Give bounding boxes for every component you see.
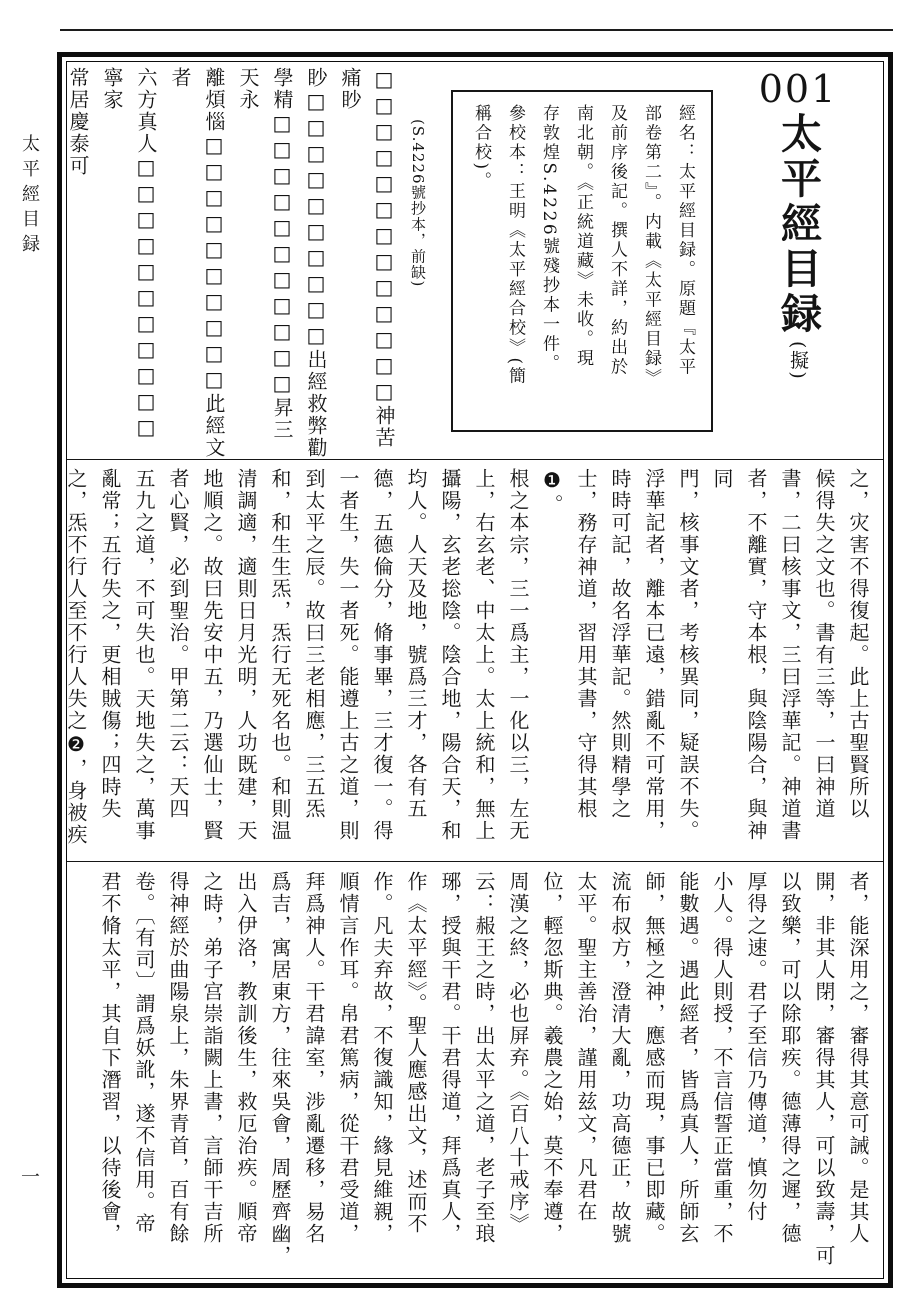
text-column: 根之本宗，三一爲主，一化以三，左无	[501, 468, 535, 859]
text-column: 能數遇。遇此經者，皆爲真人，所師玄	[671, 871, 705, 1276]
text-column: 到太平之辰。故曰三老相應，三五炁	[297, 468, 331, 859]
text-column: 常居慶泰可□□□□□□□□□□□其	[67, 67, 95, 459]
text-column: 之，炁不行人至不行人失之❷，身被疾	[67, 468, 93, 859]
text-column: 周漢之終，必也屏弃。《百八十戒序》	[501, 871, 535, 1276]
text-column: 德，五德倫分，脩事畢，三才復一。得	[365, 468, 399, 859]
page-frame: 001 太平經目録 (擬) 經名：太平經目録。原題『太平部卷第二』。内載《太平經…	[57, 52, 893, 1288]
text-column: 順情言作耳。帛君篤病，從干君受道，	[331, 871, 365, 1276]
text-column: 參校本：王明《太平經合校》(簡	[498, 104, 532, 418]
text-column: 開，非其人閉，審得其人，可以致壽，可	[807, 871, 841, 1276]
text-column: 離煩惱□□□□□□□□□□此經文者	[163, 67, 231, 459]
section-body-lower: 者，能深用之，審得其意可誡。是其人開，非其人閉，審得其人，可以致壽，可以致樂，可…	[67, 861, 883, 1278]
text-column: 均人。人天及地，號爲三才，各有五	[399, 468, 433, 859]
document-number: 001	[759, 70, 838, 108]
text-column: 之時，弟子宫崇詣闕上書，言師干吉所	[195, 871, 229, 1276]
text-column: □□□□□□□□□□□□□神苦痛眇	[333, 67, 401, 459]
text-column: 以致樂，可以除耶疾。德薄得之遲，德	[773, 871, 807, 1276]
text-column: 之，灾害不得復起。此上古聖賢所以	[841, 468, 875, 859]
text-column: 存敦煌S.4226號殘抄本一件。	[532, 104, 566, 418]
text-column: 地順之。故曰先安中五，乃選仙士，賢	[195, 468, 229, 859]
text-column: 時時可記，故名浮華記。然則精學之	[603, 468, 637, 859]
text-column: 作。凡夫弃故，不復識知，緣見維親，	[365, 871, 399, 1276]
text-column: 琊，授與干君。干君得道，拜爲真人，	[433, 871, 467, 1276]
text-column: 稱合校)。	[464, 104, 498, 418]
fragment-heading: (S.4226號抄本，前缺)	[401, 67, 435, 459]
text-column: 攝陽，玄老捴陰。陰合地，陽合天，和	[433, 468, 467, 859]
text-column: 爲吉，寓居東方，往來吳會，周歷齊幽，	[263, 871, 297, 1276]
text-column: 得神經於曲陽泉上，朱界青首，百有餘	[161, 871, 195, 1276]
text-column: 流布叔方，澄清大亂，功高德正，故號	[603, 871, 637, 1276]
text-column: 眇□□□□□□□□□□出經救弊勸	[299, 67, 333, 459]
page-title: 太平經目録	[769, 112, 827, 337]
page-number: 一	[21, 1162, 40, 1189]
text-column: 五九之道，不可失也。天地失之，萬事	[127, 468, 161, 859]
page-title-suffix: (擬)	[769, 341, 827, 381]
section-header: 001 太平經目録 (擬) 經名：太平經目録。原題『太平部卷第二』。内載《太平經…	[67, 62, 883, 459]
text-column: 學精□□□□□□□□□□□昇三天永	[231, 67, 299, 459]
text-column: 小人。得人則授，不言信誓正當重，不	[705, 871, 739, 1276]
text-column: 門，核事文者，考核異同，疑誤不失。	[671, 468, 705, 859]
scan-page-edge	[60, 29, 893, 31]
text-column: 上，右玄老、中太上。太上統和，無上	[467, 468, 501, 859]
text-column: 南北朝。《正統道藏》未收。現	[566, 104, 600, 418]
manuscript-fragment: (S.4226號抄本，前缺) □□□□□□□□□□□□□神苦痛眇眇□□□□□□□…	[67, 62, 451, 459]
text-column: 作《太平經》。聖人應感出文，述而不	[399, 871, 433, 1276]
colophon-note-box: 經名：太平經目録。原題『太平部卷第二』。内載《太平經目録》及前序後記。撰人不詳，…	[451, 90, 713, 432]
text-column: 經名：太平經目録。原題『太平	[668, 104, 702, 418]
text-column: 士，務存神道，習用其書，守得其根❶。	[535, 468, 603, 859]
text-column: 太平。聖主善治，謹用兹文，凡君在	[569, 871, 603, 1276]
text-column: 清調適，適則日月光明，人功既建，天	[229, 468, 263, 859]
text-column: 厚得之速。君子至信乃傳道，慎勿付	[739, 871, 773, 1276]
text-column: 出入伊洛，教訓後生，救厄治疾。順帝	[229, 871, 263, 1276]
text-column: 位，輕忽斯典。羲農之始，莫不奉遵，	[535, 871, 569, 1276]
text-column: 部卷第二』。内載《太平經目録》	[634, 104, 668, 418]
text-column: 浮華記者，離本已遠，錯亂不可常用，	[637, 468, 671, 859]
text-column: 和，和生生炁，炁行无死名也。和則温	[263, 468, 297, 859]
section-body-upper: 之，灾害不得復起。此上古聖賢所以候得失之文也。書有三等，一曰神道書，二曰核事文，…	[67, 459, 883, 861]
page-frame-inner: 001 太平經目録 (擬) 經名：太平經目録。原題『太平部卷第二』。内載《太平經…	[66, 61, 884, 1279]
text-column: 云：赧王之時，出太平之道，老子至琅	[467, 871, 501, 1276]
title-block: 001 太平經目録 (擬)	[713, 62, 883, 459]
text-column: 六方真人□□□□□□□□□□□寧家	[95, 67, 163, 459]
margin-title: 太平經目録	[16, 134, 42, 259]
text-column: 一者生，失一者死。能遵上古之道，則	[331, 468, 365, 859]
text-column: 書，二曰核事文，三曰浮華記。神道書	[773, 468, 807, 859]
text-column: 卷。〔有司〕謂爲妖訛，遂不信用。帝	[127, 871, 161, 1276]
text-column: 拜爲神人。干君諱室，涉亂遷移，易名	[297, 871, 331, 1276]
text-column: 及前序後記。撰人不詳，約出於	[600, 104, 634, 418]
text-column: 君不脩太平，其自下潛習，以待後會，	[93, 871, 127, 1276]
text-column: 候得失之文也。書有三等，一曰神道	[807, 468, 841, 859]
text-column: 者，能深用之，審得其意可誡。是其人	[841, 871, 875, 1276]
text-column: 者，不離實，守本根，與陰陽合，與神同	[705, 468, 773, 859]
text-column: 者心賢，必到聖治。甲第二云：天四	[161, 468, 195, 859]
text-column: 師，無極之神，應感而現，事已即藏。	[637, 871, 671, 1276]
text-column: 亂常；五行失之，更相賊傷；四時失	[93, 468, 127, 859]
